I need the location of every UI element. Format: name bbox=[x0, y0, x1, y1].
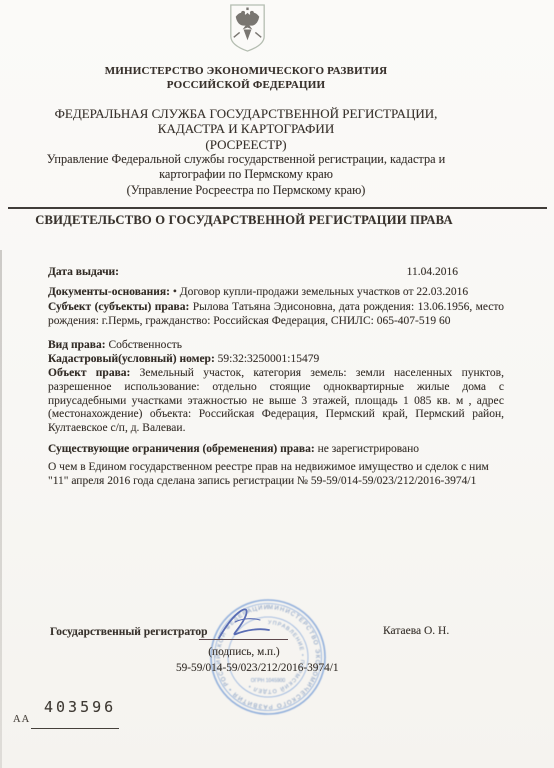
office-line-1: Управление Федеральной службы государств… bbox=[0, 152, 492, 167]
right-kind-value: Собственность bbox=[108, 339, 182, 351]
subject-label: Субъект (субъекты) права: bbox=[48, 301, 189, 313]
document-title: СВИДЕТЕЛЬСТВО О ГОСУДАРСТВЕННОЙ РЕГИСТРА… bbox=[0, 213, 488, 228]
basis-value: • Договор купли-продажи земельных участк… bbox=[173, 286, 468, 298]
service-line-2: КАДАСТРА И КАРТОГРАФИИ bbox=[0, 121, 492, 136]
object-label: Объект права: bbox=[48, 367, 130, 379]
regional-office-heading: Управление Федеральной службы государств… bbox=[0, 152, 492, 198]
signature-line bbox=[199, 639, 288, 640]
issue-date-value: 11.04.2016 bbox=[407, 266, 458, 280]
stamp-center-text: ОГРН 1045900 bbox=[251, 678, 286, 684]
registration-number: 59-59/014-59/023/212/2016-3974/1 bbox=[176, 662, 339, 674]
header-divider bbox=[8, 207, 547, 209]
office-line-2: картографии по Пермскому краю bbox=[0, 167, 492, 182]
ministry-line-1: МИНИСТЕРСТВО ЭКОНОМИЧЕСКОГО РАЗВИТИЯ bbox=[0, 65, 492, 79]
object-row: Объект права: Земельный участок, категор… bbox=[48, 367, 504, 436]
right-kind-row: Вид права: Собственность bbox=[48, 339, 504, 353]
federal-service-heading: ФЕДЕРАЛЬНАЯ СЛУЖБА ГОСУДАРСТВЕННОЙ РЕГИС… bbox=[0, 106, 492, 152]
service-line-1: ФЕДЕРАЛЬНАЯ СЛУЖБА ГОСУДАРСТВЕННОЙ РЕГИС… bbox=[0, 106, 492, 121]
issue-date-row: Дата выдачи: 11.04.2016 bbox=[48, 266, 504, 280]
signature-caption: (подпись, м.п.) bbox=[193, 646, 295, 658]
restrictions-row: Существующие ограничения (обременения) п… bbox=[48, 443, 504, 457]
basis-label: Документы-основания: bbox=[48, 286, 170, 298]
coat-of-arms-icon bbox=[225, 3, 270, 54]
subject-row: Субъект (субъекты) права: Рылова Татьяна… bbox=[48, 301, 504, 329]
certificate-page: МИНИСТЕРСТВО ЭКОНОМИЧЕСКОГО РАЗВИТИЯ РОС… bbox=[0, 0, 554, 768]
registrar-name: Катаева О. Н. bbox=[383, 625, 449, 637]
serial-series: АА bbox=[13, 714, 30, 725]
serial-underline bbox=[31, 728, 119, 729]
basis-row: Документы-основания: • Договор купли-про… bbox=[48, 286, 504, 300]
restrictions-value: не зарегистрировано bbox=[318, 443, 419, 455]
right-kind-label: Вид права: bbox=[48, 339, 106, 351]
registrar-label: Государственный регистратор bbox=[50, 626, 208, 638]
scan-edge-shadow bbox=[0, 250, 2, 768]
ministry-line-2: РОССИЙСКОЙ ФЕДЕРАЦИИ bbox=[0, 79, 492, 93]
cadastral-value: 59:32:3250001:15479 bbox=[218, 353, 320, 365]
issue-date-label: Дата выдачи: bbox=[48, 266, 119, 280]
restrictions-label: Существующие ограничения (обременения) п… bbox=[48, 443, 315, 455]
cadastral-label: Кадастровый(условный) номер: bbox=[48, 353, 215, 365]
serial-number: 403596 bbox=[44, 698, 116, 716]
ministry-heading: МИНИСТЕРСТВО ЭКОНОМИЧЕСКОГО РАЗВИТИЯ РОС… bbox=[0, 65, 492, 92]
cadastral-row: Кадастровый(условный) номер: 59:32:32500… bbox=[48, 353, 504, 367]
registry-note: О чем в Едином государственном реестре п… bbox=[48, 461, 504, 489]
office-line-3: (Управление Росреестра по Пермскому краю… bbox=[0, 183, 492, 198]
service-line-3: (РОСРЕЕСТР) bbox=[0, 137, 492, 152]
